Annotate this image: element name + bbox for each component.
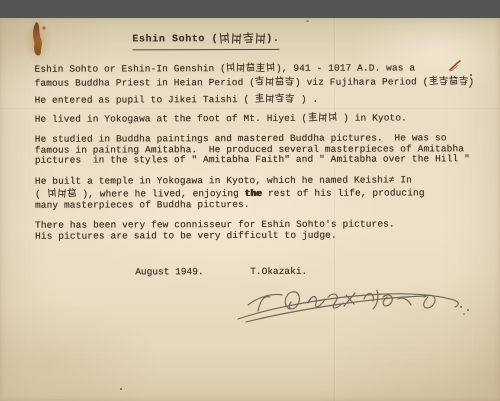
footer-line: August 1949. T.Okazaki. [0,265,500,267]
kanji-annotation [226,62,276,76]
paragraph-residence: He lived in Yokogawa at the foot of Mt. … [35,111,495,126]
scanned-letter: Eshin Sohto (). Eshin Sohto or Eshin-In … [0,18,500,401]
kanji-annotation [218,32,266,47]
text-segment: Eshin Sohto or Eshin-In Genshin ( [34,63,225,75]
kanji-annotation [255,75,295,89]
text-segment: rest of his life, producing [262,187,424,199]
paragraph-connoisseur: There has been very few connisseur for E… [35,219,495,242]
paragraph-temple: He built a temple in Yokogawa in Kyoto, … [35,175,495,211]
text-segment: Eshin Sohto ( [132,34,218,45]
text-line: many masterpieces of Buddha pictures. [35,199,495,211]
text-segment: famous Buddha Priest in Heian Period ( [35,77,255,89]
text-segment: ) . [295,94,318,105]
text-line: famous Buddha Priest in Heian Period () … [35,75,495,90]
paragraph-intro: Eshin Sohto or Eshin-In Genshin (), 941 … [34,61,494,90]
text-segment: ), where he lived, enjoying [77,188,245,200]
kanji-annotation [428,75,468,89]
paragraph-paintings: He studied in Buddha paintings and maste… [35,133,495,166]
text-segment: ) [468,76,474,87]
text-segment: He built a temple in Yokogawa in Kyoto, … [35,174,412,186]
text-segment: ). [266,34,279,45]
document-title: Eshin Sohto (). [132,32,279,50]
typed-text-layer: Eshin Sohto (). Eshin Sohto or Eshin-In … [0,18,500,401]
text-segment: ) viz Fujihara Period ( [295,76,428,87]
text-segment: His pictures are said to be very difficu… [35,229,337,241]
text-segment: ) in Kyoto. [337,112,407,123]
date-label: August 1949. [135,266,203,277]
paragraph-pupil: He entered as pupil to Jikei Taishi ( ) … [35,92,495,107]
text-segment: ( [35,188,47,199]
author-label: T.Okazaki. [250,266,307,277]
text-segment: pictures in the styles of " Amitabha Fai… [35,153,470,166]
text-segment: many masterpieces of Buddha pictures. [35,199,250,211]
text-line: Eshin Sohto (). [132,32,279,47]
text-segment: ), 941 - 1017 A.D. was a [276,62,415,73]
kanji-annotation [307,112,337,126]
text-line: pictures in the styles of " Amitabha Fai… [35,154,495,166]
text-line: His pictures are said to be very difficu… [35,230,495,242]
kanji-annotation [255,93,295,107]
text-line: He entered as pupil to Jikei Taishi ( ) … [35,92,495,107]
text-segment: He lived in Yokogawa at the foot of Mt. … [35,113,308,125]
text-segment: the [245,188,262,199]
text-line: He lived in Yokogawa at the foot of Mt. … [35,111,495,126]
text-segment: He entered as pupil to Jikei Taishi ( [35,94,255,106]
